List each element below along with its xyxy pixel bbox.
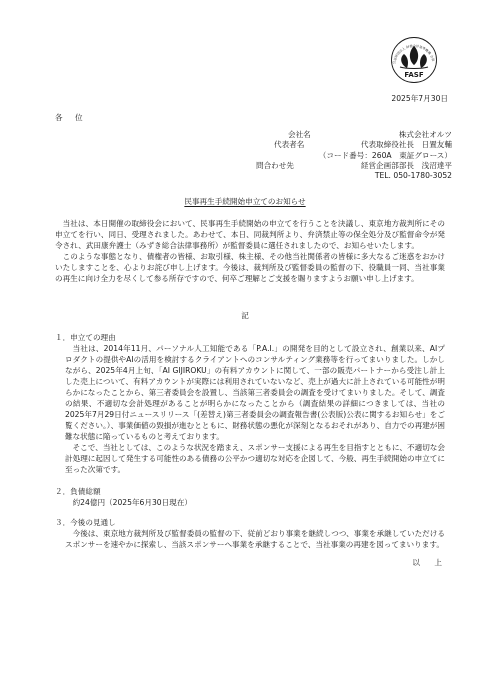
section-paragraph: 今後は、東京地方裁判所及び監督委員の監督の下、従前どおり事業を継続しつつ、事業を… [65, 528, 445, 550]
section-heading: ３．今後の見通し [55, 517, 445, 528]
section-paragraph: 約24億円（2025年6月30日現在） [65, 497, 445, 508]
company-name-value: 株式会社オルツ [399, 130, 452, 140]
addressee: 各 位 [55, 112, 88, 123]
section-body: 当社は、2014年11月、パーソナル人工知能である「P.A.I.」の開発を目的と… [65, 343, 445, 475]
contact-value: 経営企画部部長 浅沼達平 [361, 161, 452, 171]
representative-label: 代表者名 [252, 140, 304, 150]
intro-paragraph-1: 当社は、本日開催の取締役会において、民事再生手続開始の申立てを行うことを決議し、… [55, 218, 445, 251]
contact-label: 問合わせ先 [252, 161, 294, 171]
stock-code-row: （コード番号：260A 東証グロース） [252, 151, 452, 161]
intro-body: 当社は、本日開催の取締役会において、民事再生手続開始の申立てを行うことを決議し、… [55, 218, 445, 284]
title-text: 民事再生手続開始申立てのお知らせ [184, 197, 305, 206]
contact-row: 問合わせ先 経営企画部部長 浅沼達平 [252, 161, 452, 171]
representative-value: 代表取締役社長 日置友輔 [361, 140, 452, 150]
section-body: 約24億円（2025年6月30日現在） [65, 497, 445, 508]
telephone-number: TEL. 050-1780-3052 [375, 171, 452, 181]
document-title: 民事再生手続開始申立てのお知らせ [0, 196, 490, 207]
section-body: 今後は、東京地方裁判所及び監督委員の監督の下、従前どおり事業を継続しつつ、事業を… [65, 528, 445, 550]
section-outlook: ３．今後の見通し 今後は、東京地方裁判所及び監督委員の監督の下、従前どおり事業を… [55, 517, 445, 550]
section-paragraph: 当社は、2014年11月、パーソナル人工知能である「P.A.I.」の開発を目的と… [65, 343, 445, 442]
tel-row: TEL. 050-1780-3052 [252, 171, 452, 181]
sections: １．申立ての理由 当社は、2014年11月、パーソナル人工知能である「P.A.I… [55, 332, 445, 550]
section-reason: １．申立ての理由 当社は、2014年11月、パーソナル人工知能である「P.A.I… [55, 332, 445, 475]
section-heading: １．申立ての理由 [55, 332, 445, 343]
company-name-row: 会社名 株式会社オルツ [252, 130, 452, 140]
company-name-label: 会社名 [252, 130, 311, 140]
closing-mark: 以 上 [412, 557, 448, 568]
fasf-logo: 公益財団法人 財務会計基準機構 会員 FASF [380, 36, 448, 86]
company-info-block: 会社名 株式会社オルツ 代表者名 代表取締役社長 日置友輔 （コード番号：260… [252, 130, 452, 181]
representative-row: 代表者名 代表取締役社長 日置友輔 [252, 140, 452, 150]
document-date: 2025年7月30日 [391, 93, 448, 104]
section-paragraph: そこで、当社としては、このような状況を踏まえ、スポンサー支援による再生を目指すと… [65, 442, 445, 475]
section-total-liabilities: ２．負債総額 約24億円（2025年6月30日現在） [55, 486, 445, 508]
stock-code-line: （コード番号：260A 東証グロース） [319, 151, 452, 161]
fasf-seal-icon: 公益財団法人 財務会計基準機構 会員 FASF [380, 36, 448, 86]
ki-heading: 記 [0, 310, 490, 321]
fasf-label: FASF [404, 71, 423, 79]
intro-paragraph-2: このような事態となり、債権者の皆様、お取引様、株主様、その他当社関係者の皆様に多… [55, 251, 445, 284]
section-heading: ２．負債総額 [55, 486, 445, 497]
